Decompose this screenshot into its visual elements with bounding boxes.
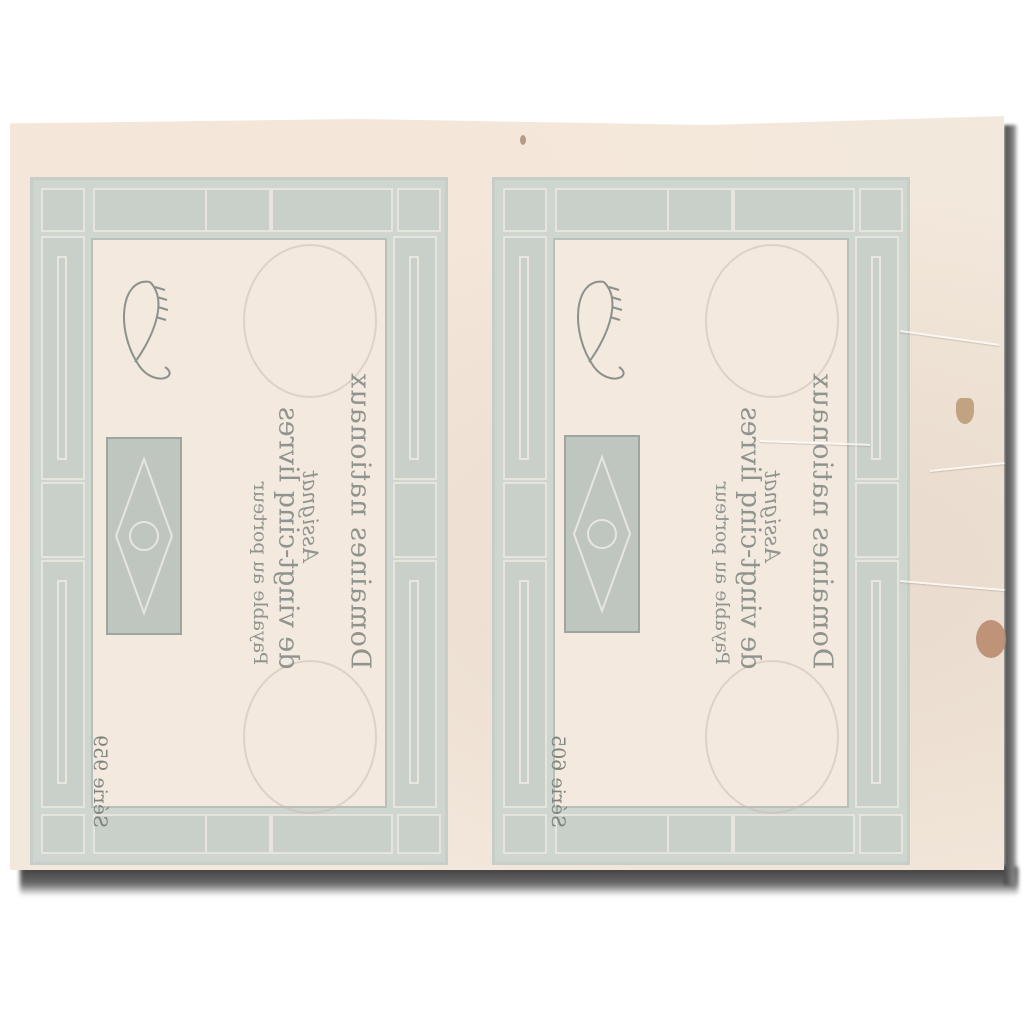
side-panel <box>855 482 899 558</box>
side-panel <box>503 482 547 558</box>
note-title-text: Domaines nationaux <box>345 370 376 670</box>
serial-number: Série 605 <box>547 668 569 828</box>
embossed-medallion <box>243 660 377 814</box>
embossed-medallion <box>705 660 839 814</box>
foxing-stain <box>956 398 974 424</box>
note-payable-text: Payable au porteur <box>249 365 271 665</box>
note-payable-text: Payable au porteur <box>711 365 733 665</box>
corner-box <box>503 814 547 854</box>
band-panel <box>205 188 271 232</box>
band-panel <box>667 814 733 854</box>
note-value-text: de vingt-cinq livres <box>273 370 304 670</box>
side-panel <box>41 482 85 558</box>
foxing-stain <box>976 620 1006 658</box>
corner-box <box>397 188 441 232</box>
band-panel <box>733 814 855 854</box>
corner-box <box>397 814 441 854</box>
band-panel <box>93 188 207 232</box>
band-panel <box>555 188 669 232</box>
corner-box <box>41 188 85 232</box>
band-panel <box>271 188 393 232</box>
side-panel <box>393 482 437 558</box>
side-panel <box>855 560 899 808</box>
serial-number: Série 959 <box>89 668 111 828</box>
side-panel <box>393 236 437 480</box>
band-panel <box>667 188 733 232</box>
band-panel <box>271 814 393 854</box>
diamond-vignette-icon <box>564 435 640 633</box>
corner-box <box>859 814 903 854</box>
side-panel <box>41 236 85 480</box>
assignat-note-right: Domaines nationaux Assignat de vingt-cin… <box>492 177 910 865</box>
note-value-text: de vingt-cinq livres <box>735 370 766 670</box>
band-panel <box>555 814 669 854</box>
side-panel <box>503 236 547 480</box>
band-panel <box>205 814 271 854</box>
sheet-shadow-right <box>1004 125 1018 885</box>
diamond-vignette-icon <box>106 437 182 635</box>
sheet-shadow-bottom <box>20 866 1018 896</box>
corner-box <box>41 814 85 854</box>
side-panel <box>393 560 437 808</box>
side-panel <box>41 560 85 808</box>
signature-flourish-icon <box>110 272 180 392</box>
corner-box <box>859 188 903 232</box>
note-title-text: Domaines nationaux <box>807 370 838 670</box>
foxing-stain <box>520 135 526 145</box>
band-panel <box>733 188 855 232</box>
signature-flourish-icon <box>564 272 634 392</box>
assignat-note-left: Domaines nationaux Assignat de vingt-cin… <box>30 177 448 865</box>
corner-box <box>503 188 547 232</box>
side-panel <box>503 560 547 808</box>
